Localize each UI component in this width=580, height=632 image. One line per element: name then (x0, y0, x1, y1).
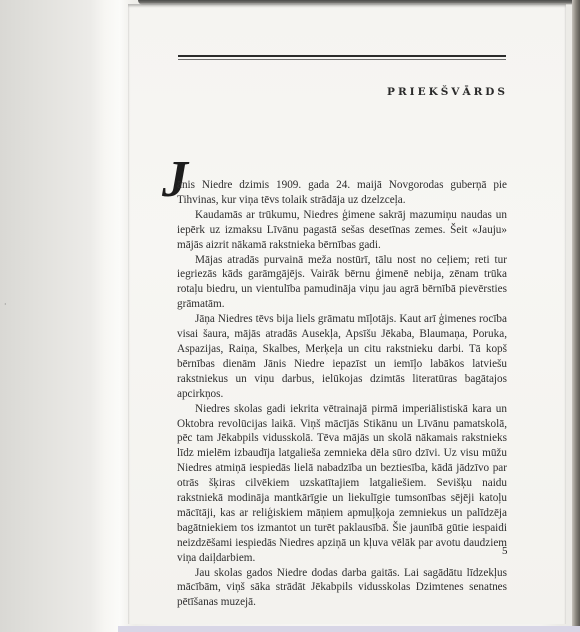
page-number: 5 (502, 545, 508, 557)
page-top-edge-shadow (138, 0, 574, 5)
page-right-edge-shadow (572, 0, 580, 632)
paragraph: Kaudamās ar trūkumu, Niedres ģimene sakr… (177, 208, 507, 253)
header-rule-thin (178, 59, 506, 60)
paragraph: ānis Niedre dzimis 1909. gada 24. maijā … (177, 178, 507, 208)
page-bottom-edge (118, 626, 580, 632)
page-title: PRIEKŠVĀRDS (387, 86, 508, 98)
paragraph: Mājas atradās purvainā meža nostūrī, tāl… (177, 253, 507, 313)
paragraph: Jāņa Niedres tēvs bija liels grāmatu mīļ… (177, 312, 507, 401)
paragraph: Niedres skolas gadi iekrita vētrainajā p… (177, 402, 507, 566)
left-margin-mark: · (4, 300, 7, 306)
body-text: ānis Niedre dzimis 1909. gada 24. maijā … (177, 178, 507, 610)
header-rule-thick (178, 55, 506, 57)
paragraph: Jau skolas gados Niedre dodas darba gait… (177, 566, 507, 611)
